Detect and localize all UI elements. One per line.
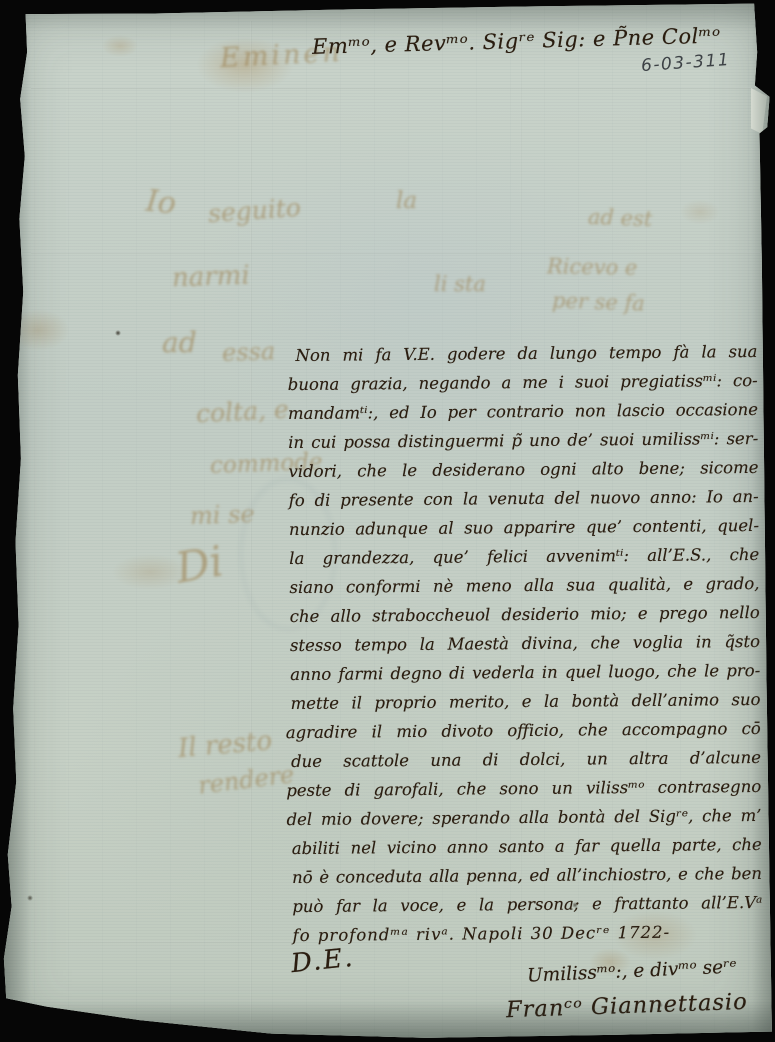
letter-line: abiliti nel vicino anno santo a far quel…	[292, 830, 762, 863]
fold-crease-horizontal	[31, 252, 760, 254]
closing-valediction: Umilissᵐᵒ:, e divᵐᵒ seʳᵉ	[527, 956, 737, 986]
letter-line: siano conformi nè meno alla sua qualità,…	[289, 569, 759, 602]
archival-number: 6-03-311	[640, 50, 730, 76]
bleedthrough-fragment: rendere	[197, 760, 296, 800]
bleedthrough-fragment: li sta	[434, 272, 486, 296]
fold-crease-vertical	[250, 21, 252, 1021]
letter-line: del mio dovere; sperando alla bontà del …	[286, 801, 761, 834]
letter-line: può far la voce, e la persona; e frattan…	[292, 888, 762, 921]
letter-line: Non mi fa V.E. godere da lungo tempo fà …	[287, 337, 757, 370]
bleedthrough-fragment: seguito	[207, 193, 302, 228]
letter-line: mette il proprio merito, e la bontà dell…	[290, 685, 760, 718]
letter-line: fo di presente con la venuta del nuovo a…	[289, 482, 759, 515]
letter-line: due scattole una di dolci, un altra d’al…	[291, 743, 761, 776]
bleedthrough-fragment: narmi	[172, 261, 251, 294]
bleedthrough-fragment: Io	[144, 184, 177, 222]
signature: Franᶜᵒ Giannettasio	[506, 989, 748, 1023]
closing-monogram: D.E.	[290, 943, 356, 979]
letter-line: mandamᵗⁱ:, ed Io per contrario non lasci…	[288, 395, 758, 428]
bleedthrough-fragment: ad	[162, 326, 197, 359]
bleedthrough-fragment: colta, e	[195, 395, 289, 429]
bleedthrough-fragment: Di	[172, 536, 227, 592]
paper-tear	[751, 88, 767, 134]
letter-salutation: Emᵐᵒ, e Revᵐᵒ. Sigʳᵉ Sig: e P̃ne Colᵐᵒ	[312, 25, 659, 59]
letter-line: anno farmi degno di vederla in quel luog…	[290, 656, 760, 689]
letter-line: vidori, che le desiderano ogni alto bene…	[288, 453, 758, 486]
bleedthrough-fragment: la	[396, 188, 417, 214]
bleedthrough-fragment: Il resto	[177, 726, 273, 764]
letter-line: nunzio adunque al suo apparire que’ cont…	[289, 511, 759, 544]
bleedthrough-fragment: per se fa	[552, 288, 646, 315]
bleedthrough-fragment: mi se	[190, 500, 256, 530]
letter-line: buona grazia, negando a me i suoi pregia…	[288, 366, 758, 399]
letter-line: fo profondᵐᵃ rivᵃ. Napoli 30 Decʳᵉ 1722-	[292, 917, 762, 950]
letter-line: stesso tempo la Maestà divina, che vogli…	[290, 627, 760, 660]
letter-body: Non mi fa V.E. godere da lungo tempo fà …	[287, 337, 762, 950]
bleedthrough-fragment: ad est	[588, 205, 653, 231]
bleedthrough-fragment: Ricevo e	[547, 254, 638, 280]
letter-line: in cui possa distinguermi p̃ uno de’ suo…	[288, 424, 758, 457]
letter-line: nō è conceduta alla penna, ed all’inchio…	[292, 859, 762, 892]
bleedthrough-fragment: essa	[222, 337, 276, 367]
letter-line: che allo straboccheuol desiderio mio; e …	[290, 598, 760, 631]
letter-line: la grandezza, que’ felici avvenimᵗⁱ: all…	[289, 540, 759, 573]
fold-crease-horizontal	[31, 87, 760, 89]
letter-paper: Eminen Io seguito la ad est narmi li sta…	[0, 0, 775, 1042]
letter-line: agradire il mio divoto officio, che acco…	[286, 714, 761, 747]
letter-line: peste di garofali, che sono un vilissᵐᵒ …	[286, 772, 761, 805]
scan-background: { "meta": { "description": "Scanned 18th…	[0, 0, 775, 1042]
